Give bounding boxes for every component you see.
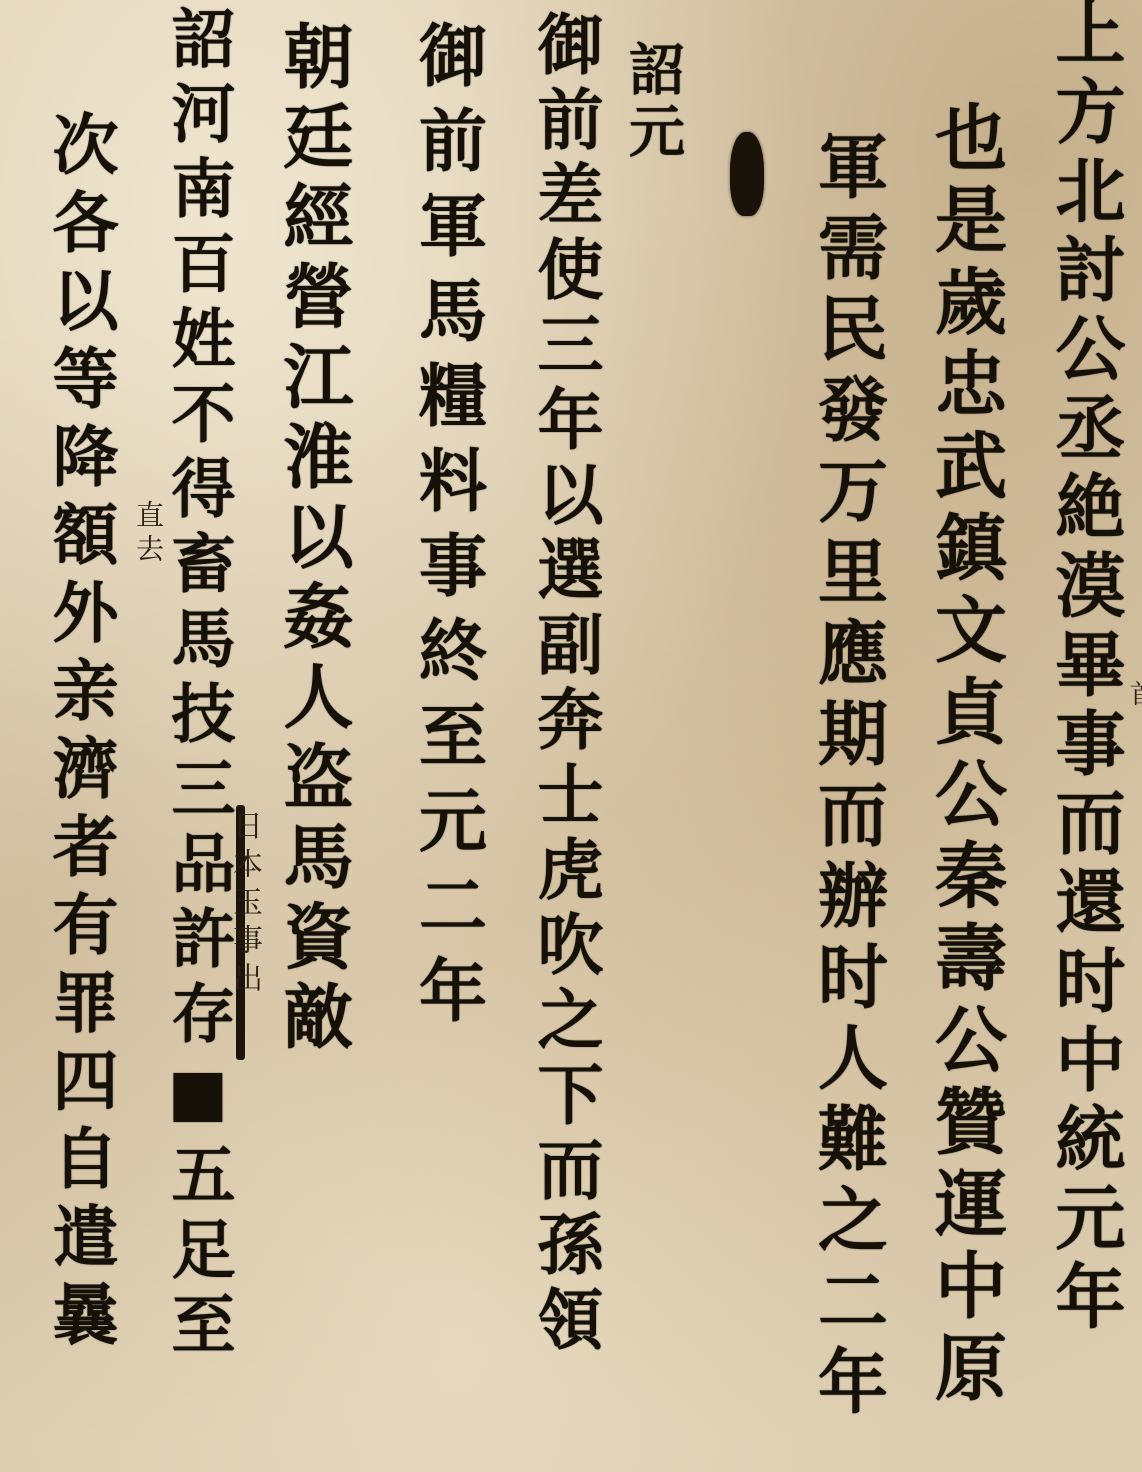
column-text: 軍需民發万里應期而辦时人難之二年 [813, 130, 883, 1426]
text-column-4: 詔元 [618, 40, 688, 164]
text-column-3: 軍需民發万里應期而辦时人難之二年 [805, 130, 890, 1426]
interlinear-note: 直去 [128, 500, 168, 568]
text-column-5: 御前差使三年以選副奔士虎吹之下而孫領 [520, 10, 610, 1360]
text-column-9: 次各以等降額外亲濟者有罪四自遣曩 [35, 110, 125, 1358]
column-text: 次各以等降額外亲濟者有罪四自遣曩 [47, 110, 113, 1358]
column-text: 朝廷經營江淮以姦人盗馬資敵 [278, 20, 348, 1060]
column-text: 詔元 [625, 40, 681, 164]
manuscript-page: 上方北討公丞絶漠畢事而還时中統元年 首 也是歲忠武鎮文貞公秦壽公贊運中原 軍需民… [0, 0, 1142, 1472]
text-column-6: 御前軍馬糧料事終至元二年 [405, 20, 490, 1040]
column-text: 上方北討公丞絶漠畢事而還时中統元年 [1050, 0, 1120, 1339]
text-column-1: 上方北討公丞絶漠畢事而還时中統元年 [1040, 0, 1130, 1339]
column-text: 也是歲忠武鎮文貞公秦壽公贊運中原 [929, 100, 1001, 1412]
text-column-8: 詔河南百姓不得畜馬技三品許存■五足至 [155, 5, 240, 1366]
column-text: 詔河南百姓不得畜馬技三品許存■五足至 [166, 5, 230, 1366]
text-column-7: 朝廷經營江淮以姦人盗馬資敵 [268, 20, 358, 1060]
ink-blot [730, 132, 764, 216]
text-column-2: 也是歲忠武鎮文貞公秦壽公贊運中原 [920, 100, 1010, 1412]
column-text: 御前軍馬糧料事終至元二年 [414, 20, 482, 1040]
column-text: 御前差使三年以選副奔士虎吹之下而孫領 [532, 10, 598, 1360]
right-edge-marginalia: 首 [1122, 680, 1142, 706]
